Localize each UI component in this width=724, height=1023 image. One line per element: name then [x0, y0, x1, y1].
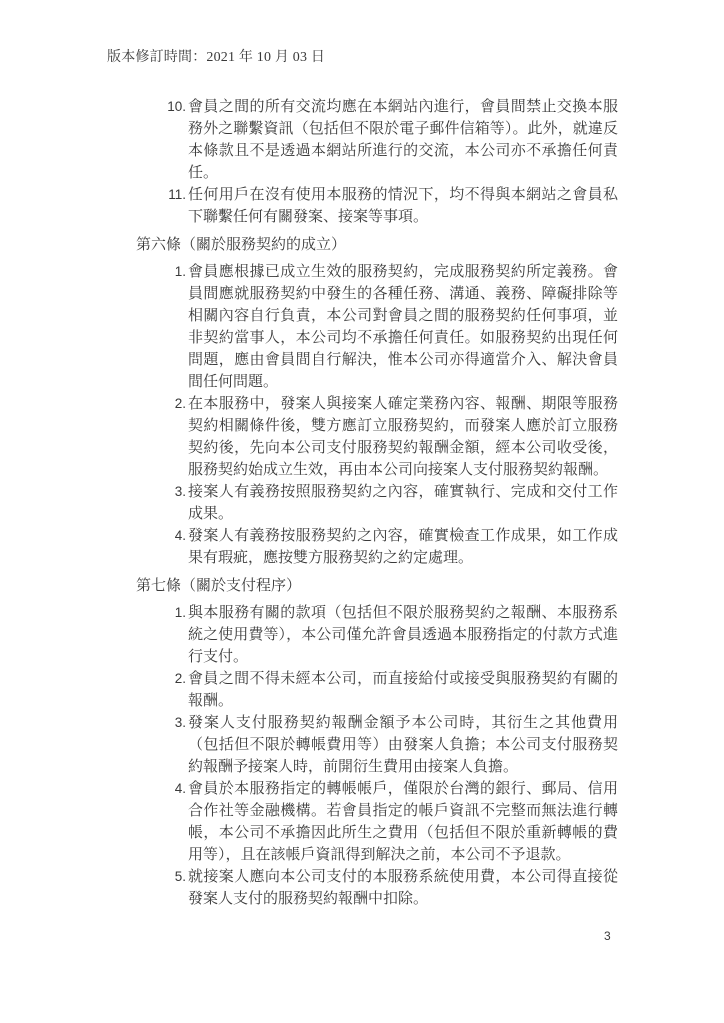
article-6-item-4: 4. 發案人有義務按服務契約之內容，確實檢查工作成果，如工作成果有瑕疵，應按雙方…: [165, 525, 618, 569]
document-page: 版本修訂時間：2021 年 10 月 03 日 10. 會員之間的所有交流均應在…: [0, 0, 724, 1023]
version-revision-date: 版本修訂時間：2021 年 10 月 03 日: [107, 48, 724, 68]
item-marker: 4.: [165, 525, 188, 547]
item-text: 會員之間的所有交流均應在本網站內進行，會員間禁止交換本服務外之聯繫資訊（包括但不…: [188, 96, 618, 184]
item-marker: 5.: [165, 866, 188, 888]
item-text: 發案人有義務按服務契約之內容，確實檢查工作成果，如工作成果有瑕疵，應按雙方服務契…: [188, 525, 618, 569]
article-6-item-3: 3. 接案人有義務按照服務契約之內容，確實執行、完成和交付工作成果。: [165, 481, 618, 525]
article-6-item-2: 2. 在本服務中，發案人與接案人確定業務內容、報酬、期限等服務契約相關條件後，雙…: [165, 393, 618, 481]
item-text: 在本服務中，發案人與接案人確定業務內容、報酬、期限等服務契約相關條件後，雙方應訂…: [188, 393, 618, 481]
item-marker: 3.: [165, 712, 188, 734]
article-6-heading: 第六條（關於服務契約的成立）: [136, 234, 724, 256]
article-6-item-1: 1. 會員應根據已成立生效的服務契約，完成服務契約所定義務。會員間應就服務契約中…: [165, 261, 618, 393]
item-text: 就接案人應向本公司支付的本服務系統使用費，本公司得直接從發案人支付的服務契約報酬…: [188, 866, 618, 910]
item-text: 與本服務有關的款項（包括但不限於服務契約之報酬、本服務系統之使用費等），本公司僅…: [188, 602, 618, 668]
item-marker: 2.: [165, 668, 188, 690]
item-marker: 4.: [165, 778, 188, 800]
article-7-item-4: 4. 會員於本服務指定的轉帳帳戶，僅限於台灣的銀行、郵局、信用合作社等金融機構。…: [165, 778, 618, 866]
item-text: 任何用戶在沒有使用本服務的情況下，均不得與本網站之會員私下聯繫任何有關發案、接案…: [188, 184, 618, 228]
item-marker: 3.: [165, 481, 188, 503]
item-marker: 11.: [165, 184, 188, 206]
article-7-heading: 第七條（關於支付程序）: [136, 575, 724, 597]
item-text: 會員於本服務指定的轉帳帳戶，僅限於台灣的銀行、郵局、信用合作社等金融機構。若會員…: [188, 778, 618, 866]
item-text: 會員應根據已成立生效的服務契約，完成服務契約所定義務。會員間應就服務契約中發生的…: [188, 261, 618, 393]
item-text: 發案人支付服務契約報酬金額予本公司時，其衍生之其他費用（包括但不限於轉帳費用等）…: [188, 712, 618, 778]
item-marker: 1.: [165, 602, 188, 624]
item-marker: 1.: [165, 261, 188, 283]
item-text: 會員之間不得未經本公司，而直接給付或接受與服務契約有關的報酬。: [188, 668, 618, 712]
item-text: 接案人有義務按照服務契約之內容，確實執行、完成和交付工作成果。: [188, 481, 618, 525]
article-7-item-2: 2. 會員之間不得未經本公司，而直接給付或接受與服務契約有關的報酬。: [165, 668, 618, 712]
page-number: 3: [604, 928, 611, 944]
item-marker: 2.: [165, 393, 188, 415]
item-marker: 10.: [165, 96, 188, 118]
term-item-11: 11. 任何用戶在沒有使用本服務的情況下，均不得與本網站之會員私下聯繫任何有關發…: [165, 184, 618, 228]
article-7-item-1: 1. 與本服務有關的款項（包括但不限於服務契約之報酬、本服務系統之使用費等），本…: [165, 602, 618, 668]
article-7-item-5: 5. 就接案人應向本公司支付的本服務系統使用費，本公司得直接從發案人支付的服務契…: [165, 866, 618, 910]
term-item-10: 10. 會員之間的所有交流均應在本網站內進行，會員間禁止交換本服務外之聯繫資訊（…: [165, 96, 618, 184]
article-7-item-3: 3. 發案人支付服務契約報酬金額予本公司時，其衍生之其他費用（包括但不限於轉帳費…: [165, 712, 618, 778]
